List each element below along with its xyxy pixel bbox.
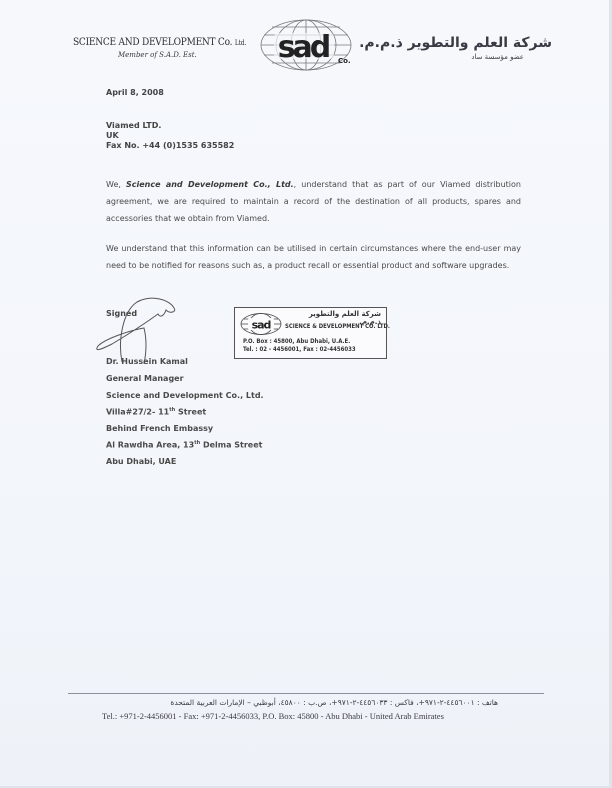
recipient-country: UK	[106, 131, 119, 141]
company-stamp: sad شركة العلم والتطوير ذ.م.م. SCIENCE &…	[234, 307, 387, 359]
company-emphasis: Science and Development Co., Ltd.	[126, 180, 294, 189]
svg-text:Co.: Co.	[338, 57, 351, 65]
letter-date: April 8, 2008	[106, 88, 164, 98]
svg-text:sad: sad	[252, 319, 271, 332]
footer-contact-ar: هاتف : ٤٤٥٦٠٠١-٢-٩٧١+، فاكس : ٤٤٥٦٠٣٣-٢-…	[100, 698, 498, 707]
body-paragraph-2: We understand that this information can …	[106, 240, 521, 274]
member-of-ar: عضو مؤسسة ساد	[372, 53, 524, 61]
svg-text:sad: sad	[278, 30, 329, 65]
footer-divider	[68, 693, 544, 694]
letterhead-english: SCIENCE AND DEVELOPMENT Co. Ltd. Member …	[73, 36, 253, 59]
stamp-company-en: SCIENCE & DEVELOPMENT CO. LTD.	[285, 322, 390, 330]
address-line-1: Villa#27/2- 11th Street	[106, 407, 206, 417]
letter-page: SCIENCE AND DEVELOPMENT Co. Ltd. Member …	[0, 0, 612, 788]
letterhead-arabic: شركة العلم والتطوير ذ.م.م. عضو مؤسسة ساد	[372, 35, 552, 61]
signatory-title: General Manager	[106, 374, 184, 383]
body-paragraph-1: We, Science and Development Co., Ltd., u…	[106, 176, 521, 227]
signatory-company: Science and Development Co., Ltd.	[106, 391, 264, 400]
address-line-3: Al Rawdha Area, 13th Delma Street	[106, 440, 262, 450]
stamp-globe-logo-icon: sad	[239, 312, 283, 336]
company-name-ar: شركة العلم والتطوير ذ.م.م.	[372, 35, 552, 51]
company-logo-globe-icon: sad Co.	[258, 17, 360, 73]
stamp-po-box: P.O. Box : 45800, Abu Dhabi, U.A.E.	[243, 338, 350, 345]
recipient-fax: Fax No. +44 (0)1535 635582	[106, 141, 234, 151]
stamp-tel-fax: Tel. : 02 - 4456001, Fax : 02-4456033	[243, 346, 356, 353]
address-line-2: Behind French Embassy	[106, 424, 213, 433]
signatory-name: Dr. Hussein Kamal	[106, 357, 188, 366]
recipient-name: Viamed LTD.	[106, 121, 161, 131]
address-line-4: Abu Dhabi, UAE	[106, 457, 176, 466]
member-of-en: Member of S.A.D. Est.	[118, 51, 253, 59]
footer-contact-en: Tel.: +971-2-4456001 - Fax: +971-2-44560…	[102, 711, 444, 721]
company-name-en: SCIENCE AND DEVELOPMENT Co. Ltd.	[73, 36, 228, 48]
